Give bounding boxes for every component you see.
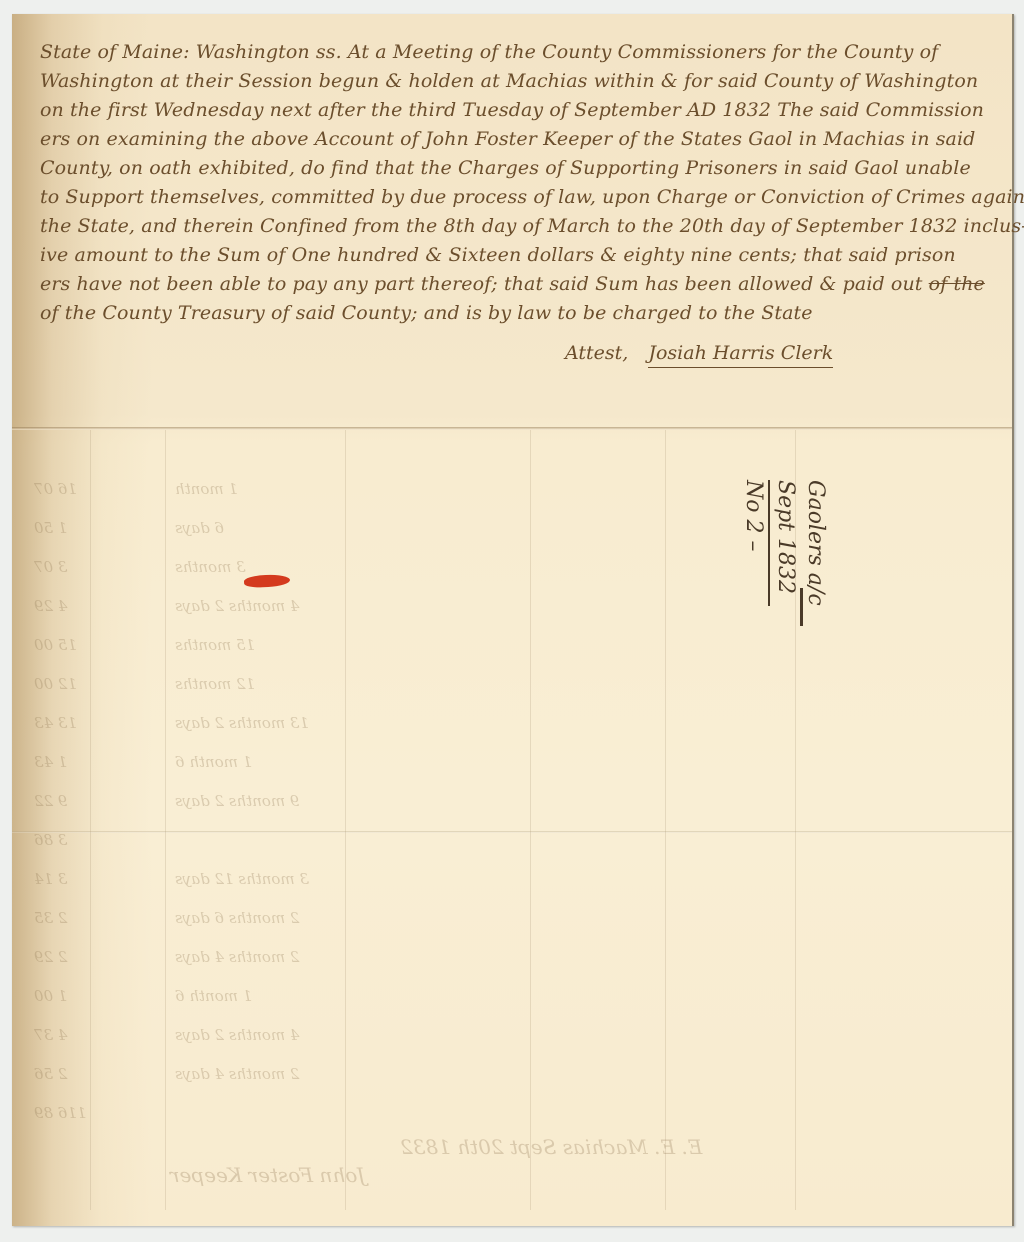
ghost-duration <box>175 821 335 860</box>
ghost-amount: 9 22 <box>34 782 144 821</box>
ghost-duration: 1 month 6 <box>175 743 335 782</box>
text-line: of the County Treasury of said County; a… <box>40 299 995 328</box>
bleed-through-amounts: 16 07 1 50 3 07 4 29 15 00 12 00 13 43 1… <box>34 470 144 1133</box>
ghost-amount: 116 89 <box>34 1094 144 1133</box>
ghost-amount: 4 37 <box>34 1016 144 1055</box>
ruled-column-line <box>665 430 666 1210</box>
ghost-amount: 2 29 <box>34 938 144 977</box>
ruled-column-line <box>165 430 166 1210</box>
ghost-duration: 2 months 6 days <box>175 899 335 938</box>
ghost-duration: 4 months 2 days <box>175 1016 335 1055</box>
text-line: ers on examining the above Account of Jo… <box>40 125 995 154</box>
text-line: on the first Wednesday next after the th… <box>40 96 995 125</box>
docket-title: Gaolers a/c <box>800 480 830 606</box>
bleed-through-durations: 1 month 6 days 3 months 4 months 2 days … <box>175 470 335 1094</box>
ghost-amount: 15 00 <box>34 626 144 665</box>
ghost-amount: 3 14 <box>34 860 144 899</box>
ruled-column-line <box>345 430 346 1210</box>
ghost-duration: 9 months 2 days <box>175 782 335 821</box>
ghost-duration: 6 days <box>175 509 335 548</box>
ghost-amount: 1 50 <box>34 509 144 548</box>
attest-label: Attest, <box>565 342 628 364</box>
bleed-through-footer-1: E. E. Machias Sept 20th 1832 <box>400 1135 702 1159</box>
ghost-duration: 2 months 4 days <box>175 1055 335 1094</box>
fold-line-top <box>12 427 1012 430</box>
ghost-duration: 4 months 2 days <box>175 587 335 626</box>
struck-word: of the <box>929 273 985 295</box>
docket-underline-mark <box>800 588 803 626</box>
ghost-duration: 13 months 2 days <box>175 704 335 743</box>
ruled-column-line <box>530 430 531 1210</box>
ghost-amount: 1 43 <box>34 743 144 782</box>
ghost-amount: 1 00 <box>34 977 144 1016</box>
ghost-duration: 15 months <box>175 626 335 665</box>
text-line: Washington at their Session begun & hold… <box>40 67 995 96</box>
text-line: to Support themselves, committed by due … <box>40 183 995 212</box>
bleed-through-footer-2: John Foster Keeper <box>170 1163 365 1187</box>
docket-date: Sept 1832 <box>768 480 800 606</box>
ghost-amount: 3 07 <box>34 548 144 587</box>
ghost-amount: 2 56 <box>34 1055 144 1094</box>
certificate-text: State of Maine: Washington ss. At a Meet… <box>40 38 995 328</box>
text-line: County, on oath exhibited, do find that … <box>40 154 995 183</box>
text-line-with-strike: ers have not been able to pay any part t… <box>40 270 995 299</box>
fold-line-middle <box>12 831 1012 833</box>
ghost-duration: 12 months <box>175 665 335 704</box>
ghost-duration: 3 months 12 days <box>175 860 335 899</box>
clerk-signature: Josiah Harris Clerk <box>648 342 833 368</box>
ghost-amount: 16 07 <box>34 470 144 509</box>
ghost-amount: 2 35 <box>34 899 144 938</box>
text-line: State of Maine: Washington ss. At a Meet… <box>40 38 995 67</box>
text-line: the State, and therein Confined from the… <box>40 212 995 241</box>
text-line: ers have not been able to pay any part t… <box>40 273 923 295</box>
docket-note: Gaolers a/c Sept 1832 No 2 – <box>738 480 830 606</box>
ghost-duration: 2 months 4 days <box>175 938 335 977</box>
text-line: ive amount to the Sum of One hundred & S… <box>40 241 995 270</box>
ghost-amount: 13 43 <box>34 704 144 743</box>
ghost-duration: 1 month 6 <box>175 977 335 1016</box>
attestation: Attest, Josiah Harris Clerk <box>565 342 833 364</box>
ghost-amount: 3 86 <box>34 821 144 860</box>
ghost-amount: 12 00 <box>34 665 144 704</box>
docket-number: No 2 – <box>738 480 768 606</box>
ghost-amount: 4 29 <box>34 587 144 626</box>
ghost-duration: 1 month <box>175 470 335 509</box>
